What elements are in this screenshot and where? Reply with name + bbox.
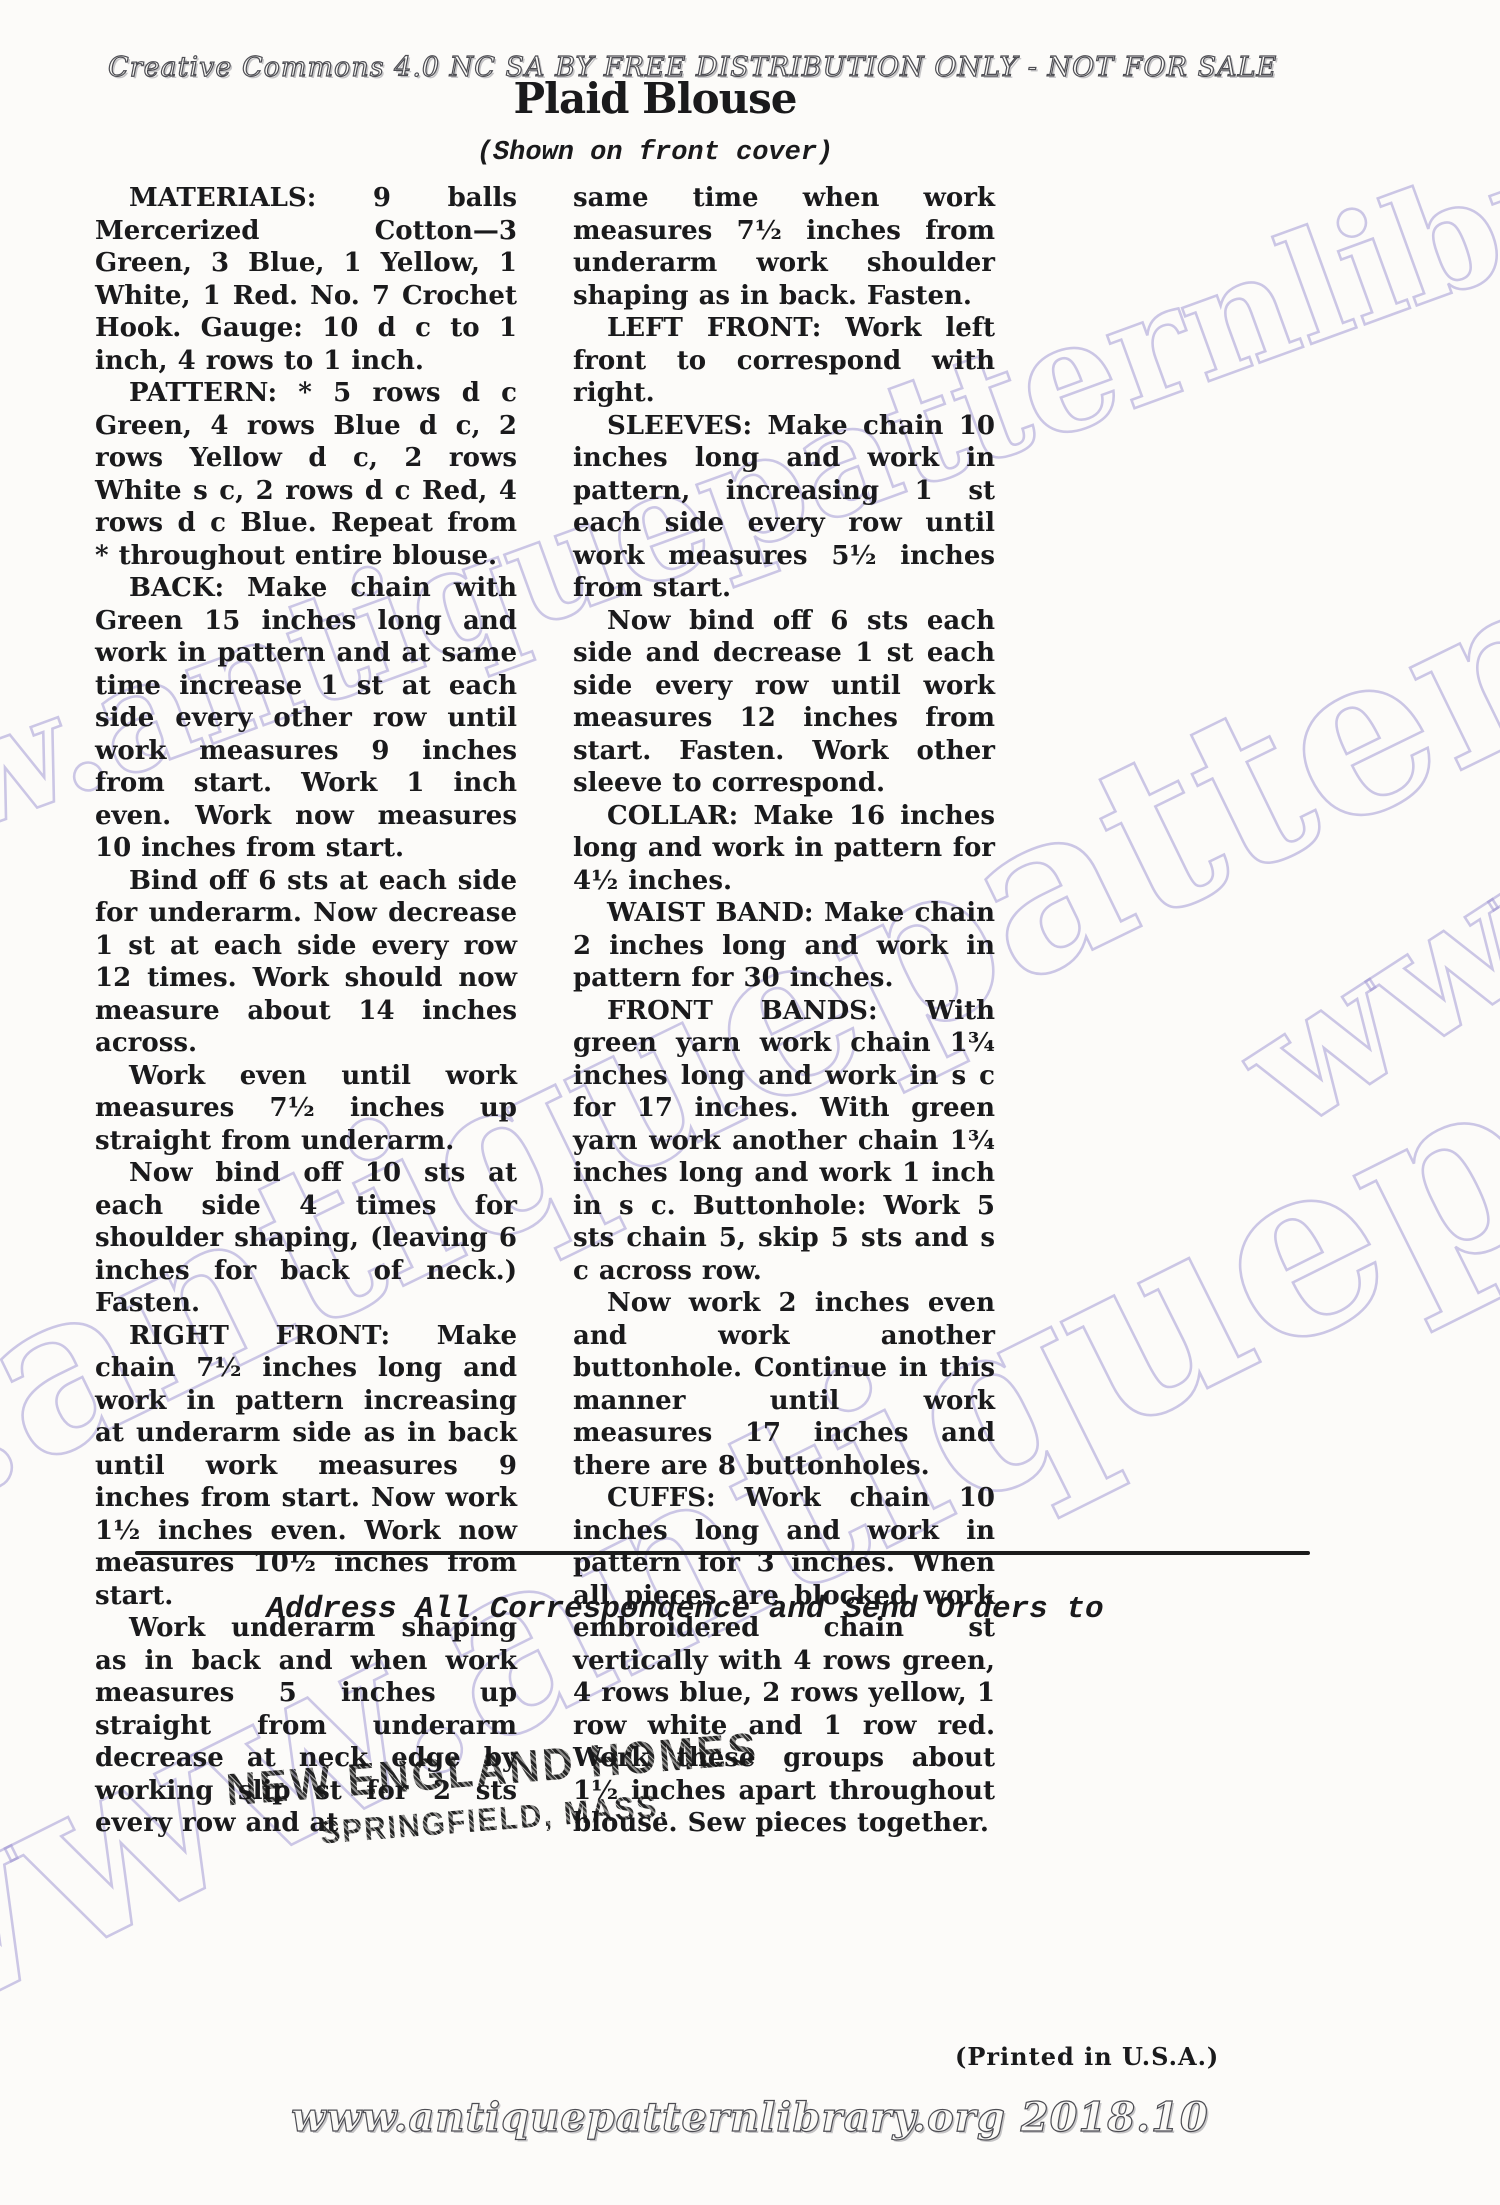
page-subtitle: (Shown on front cover) bbox=[405, 138, 905, 168]
printed-in-usa-note: (Printed in U.S.A.) bbox=[955, 2042, 1219, 2071]
instruction-paragraph: Now bind off 6 sts each side and decreas… bbox=[573, 605, 995, 800]
instruction-paragraph: Now bind off 10 sts at each side 4 times… bbox=[95, 1157, 517, 1320]
instruction-paragraph: Work even until work measures 7½ inches … bbox=[95, 1060, 517, 1158]
instruction-paragraph: WAIST BAND: Make chain 2 inches long and… bbox=[573, 897, 995, 995]
diagonal-watermark: www.antiquepatternlibrary.org bbox=[1214, 0, 1500, 1156]
address-line: Address All Correspondence and Send Orde… bbox=[0, 1592, 1370, 1627]
instruction-paragraph: PATTERN: * 5 rows d c Green, 4 rows Blue… bbox=[95, 377, 517, 572]
instruction-paragraph: COLLAR: Make 16 inches long and work in … bbox=[573, 800, 995, 898]
instruction-paragraph: Bind off 6 sts at each side for underarm… bbox=[95, 865, 517, 1060]
instruction-paragraph: FRONT BANDS: With green yarn work chain … bbox=[573, 995, 995, 1288]
instruction-paragraph: RIGHT FRONT: Make chain 7½ inches long a… bbox=[95, 1320, 517, 1613]
instruction-paragraph: Now work 2 inches even and work another … bbox=[573, 1287, 995, 1482]
instruction-paragraph: LEFT FRONT: Work left front to correspon… bbox=[573, 312, 995, 410]
divider-rule bbox=[135, 1551, 1310, 1555]
right-column: same time when work measures 7½ inches f… bbox=[573, 182, 995, 1840]
instruction-columns: MATERIALS: 9 balls Mercerized Cotton—3 G… bbox=[95, 182, 995, 1840]
left-column: MATERIALS: 9 balls Mercerized Cotton—3 G… bbox=[95, 182, 517, 1840]
footer-site-watermark: www.antiquepatternlibrary.org 2018.10 bbox=[0, 2094, 1500, 2141]
instruction-paragraph: SLEEVES: Make chain 10 inches long and w… bbox=[573, 410, 995, 605]
instruction-paragraph: same time when work measures 7½ inches f… bbox=[573, 182, 995, 312]
page-title: Plaid Blouse bbox=[500, 74, 810, 123]
instruction-paragraph: MATERIALS: 9 balls Mercerized Cotton—3 G… bbox=[95, 182, 517, 377]
scanned-pattern-page: www.antiquepatternlibrary.org www.antiqu… bbox=[0, 0, 1500, 2205]
instruction-paragraph: BACK: Make chain with Green 15 inches lo… bbox=[95, 572, 517, 865]
